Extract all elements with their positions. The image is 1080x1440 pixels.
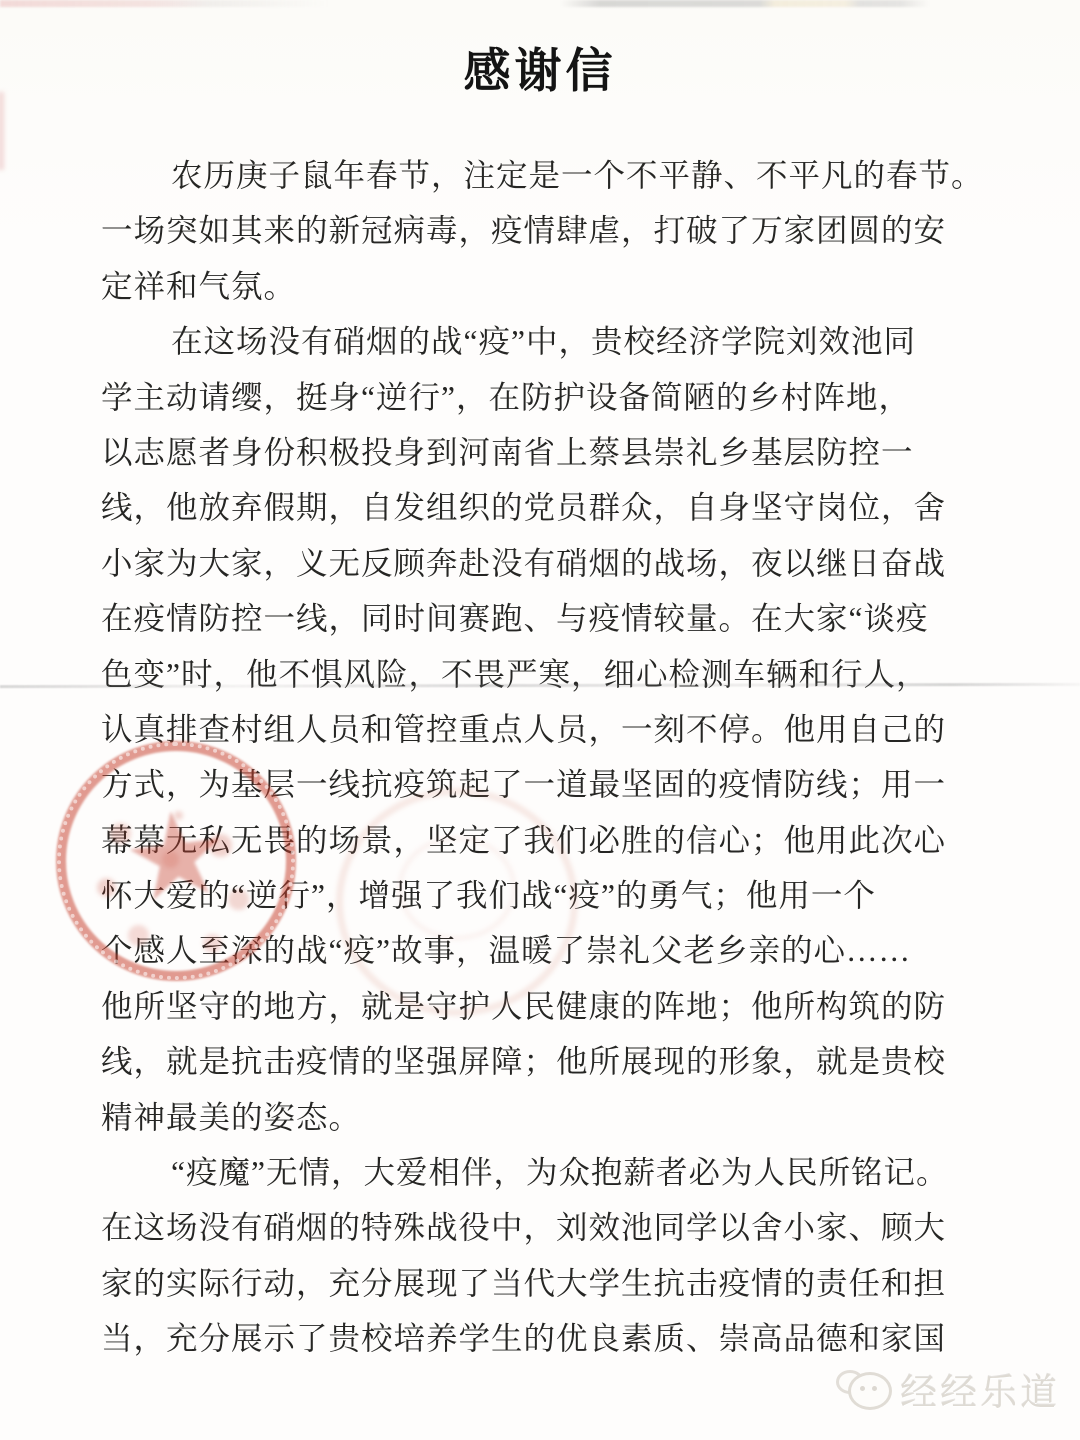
letter-line: 他所坚守的地方，就是守护人民健康的阵地；他所构筑的防 [101,979,957,1034]
letter-body: 农历庚子鼠年春节，注定是一个不平静、不平凡的春节。 一场突如其来的新冠病毒，疫情… [101,148,957,1367]
letter-line: 农历庚子鼠年春节，注定是一个不平静、不平凡的春节。 [101,148,957,203]
letter-line: 色变”时，他不惧风险，不畏严寒，细心检测车辆和行人， [101,647,957,702]
letter-line: 线，他放弃假期，自发组织的党员群众，自身坚守岗位，舍 [101,480,957,535]
letter-line: 认真排查村组人员和管控重点人员，一刻不停。他用自己的 [101,702,957,757]
letter-line: 幕幕无私无畏的场景，坚定了我们必胜的信心；他用此次心 [101,813,957,868]
letter-line: 定祥和气氛。 [101,259,957,314]
letter-line: “疫魔”无情，大爱相伴，为众抱薪者必为人民所铭记。 [101,1145,957,1200]
scanned-letter-page: 感谢信 农历庚子鼠年春节，注定是一个不平静、不平凡的春节。 一场突如其来的新冠病… [0,0,1080,1440]
letter-line: 一场突如其来的新冠病毒，疫情肆虐，打破了万家团圆的安 [101,203,957,258]
scan-left-smudge [0,92,4,170]
letter-line: 以志愿者身份积极投身到河南省上蔡县崇礼乡基层防控一 [101,425,957,480]
letter-line: 在这场没有硝烟的战“疫”中，贵校经济学院刘效池同 [101,314,957,369]
letter-line: 线，就是抗击疫情的坚强屏障；他所展现的形象，就是贵校 [101,1034,957,1089]
letter-line: 小家为大家，义无反顾奔赴没有硝烟的战场，夜以继日奋战 [101,536,957,591]
letter-line: 家的实际行动，充分展现了当代大学生抗击疫情的责任和担 [101,1256,957,1311]
chat-bubbles-icon [836,1366,894,1412]
chat-bubble-main [848,1372,892,1410]
watermark-text: 经经乐道 [900,1362,1060,1416]
letter-line: 怀大爱的“逆行”，增强了我们战“疫”的勇气；他用一个 [101,868,957,923]
letter-line: 精神最美的姿态。 [101,1090,957,1145]
letter-line: 个感人至深的战“疫”故事，温暖了崇礼父老乡亲的心…… [101,923,957,978]
letter-title: 感谢信 [0,34,1080,101]
letter-line: 学主动请缨，挺身“逆行”，在防护设备简陋的乡村阵地， [101,370,957,425]
letter-line: 当，充分展示了贵校培养学生的优良素质、崇高品德和家国 [101,1311,957,1366]
scan-top-edge-artifact [0,0,1080,7]
letter-line: 方式，为基层一线抗疫筑起了一道最坚固的疫情防线；用一 [101,757,957,812]
letter-line: 在这场没有硝烟的特殊战役中，刘效池同学以舍小家、顾大 [101,1200,957,1255]
letter-line: 在疫情防控一线，同时间赛跑、与疫情较量。在大家“谈疫 [101,591,957,646]
watermark: 经经乐道 [836,1362,1060,1416]
